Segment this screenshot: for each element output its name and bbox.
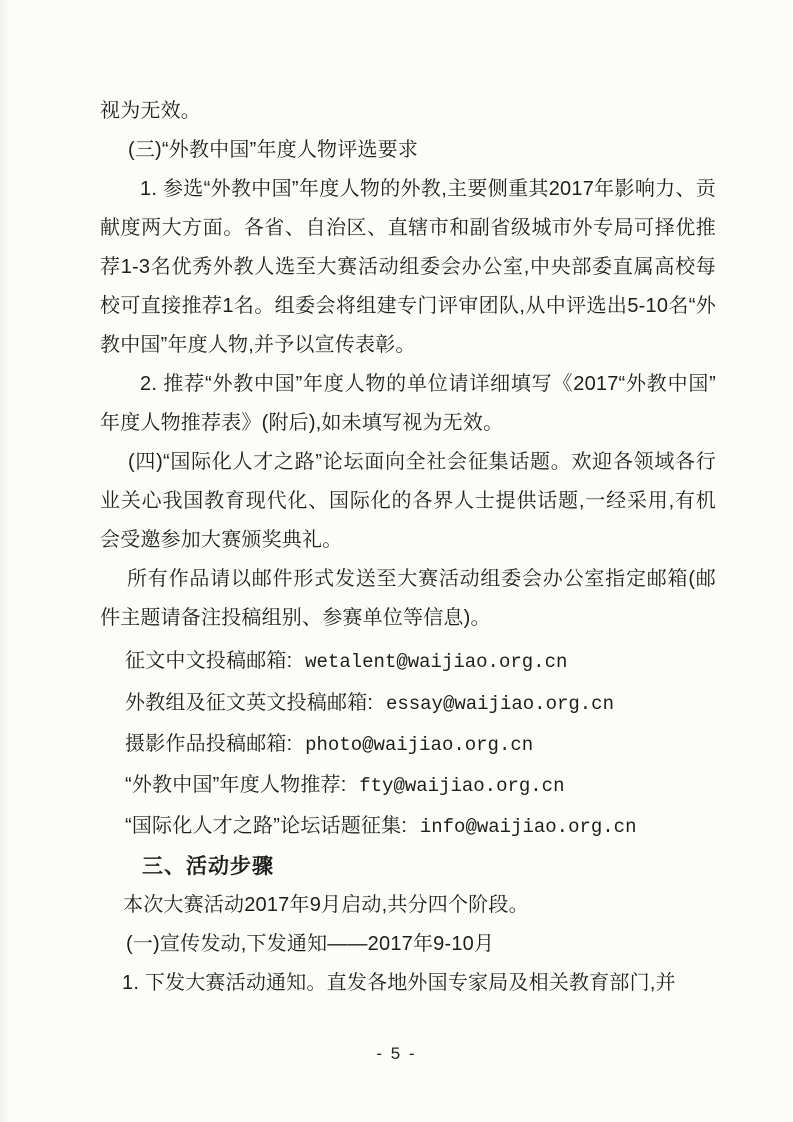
section-3-item-1: 1. 参选“外教中国”年度人物的外教,主要侧重其2017年影响力、贡献度两大方面… [100,170,716,365]
submission-intro: 所有作品请以邮件形式发送至大赛活动组委会办公室指定邮箱(邮件主题请备注投稿组别、… [100,560,716,638]
section-4-paragraph: (四)“国际化人才之路”论坛面向全社会征集话题。欢迎各领域各行业关心我国教育现代… [100,443,716,560]
section-3-heading: (三)“外教中国”年度人物评选要求 [100,131,716,170]
email-line-photo: 摄影作品投稿邮箱: photo@waijiao.org.cn [100,725,716,765]
page-number: - 5 - [0,1042,793,1066]
scan-artifact [0,0,10,1122]
email-address: fty@waijiao.org.cn [359,775,564,797]
email-line-chinese-essay: 征文中文投稿邮箱: wetalent@waijiao.org.cn [100,642,716,682]
email-address: essay@waijiao.org.cn [386,693,614,715]
email-line-english-essay: 外教组及征文英文投稿邮箱: essay@waijiao.org.cn [100,684,716,724]
email-label: “国际化人才之路”论坛话题征集: [125,815,407,837]
document-body: 视为无效。 (三)“外教中国”年度人物评选要求 1. 参选“外教中国”年度人物的… [100,92,716,1003]
phase-1-heading: (一)宣传发动,下发通知——2017年9-10月 [100,925,716,964]
steps-intro: 本次大赛活动2017年9月启动,共分四个阶段。 [100,886,716,925]
email-line-forum-topics: “国际化人才之路”论坛话题征集: info@waijiao.org.cn [100,807,716,847]
section-3-item-2: 2. 推荐“外教中国”年度人物的单位请详细填写《2017“外教中国”年度人物推荐… [100,365,716,443]
email-address: wetalent@waijiao.org.cn [305,651,567,673]
email-line-person-of-year: “外教中国”年度人物推荐: fty@waijiao.org.cn [100,766,716,806]
email-label: “外教中国”年度人物推荐: [125,774,346,796]
email-address: photo@waijiao.org.cn [305,734,533,756]
section-steps-heading: 三、活动步骤 [100,847,716,886]
paragraph-continuation: 视为无效。 [100,92,716,131]
phase-1-item-1: 1. 下发大赛活动通知。直发各地外国专家局及相关教育部门,并 [100,964,716,1003]
email-label: 征文中文投稿邮箱: [125,650,292,672]
email-label: 摄影作品投稿邮箱: [125,733,292,755]
document-page: 视为无效。 (三)“外教中国”年度人物评选要求 1. 参选“外教中国”年度人物的… [0,0,793,1122]
email-address: info@waijiao.org.cn [420,816,637,838]
email-label: 外教组及征文英文投稿邮箱: [125,692,373,714]
